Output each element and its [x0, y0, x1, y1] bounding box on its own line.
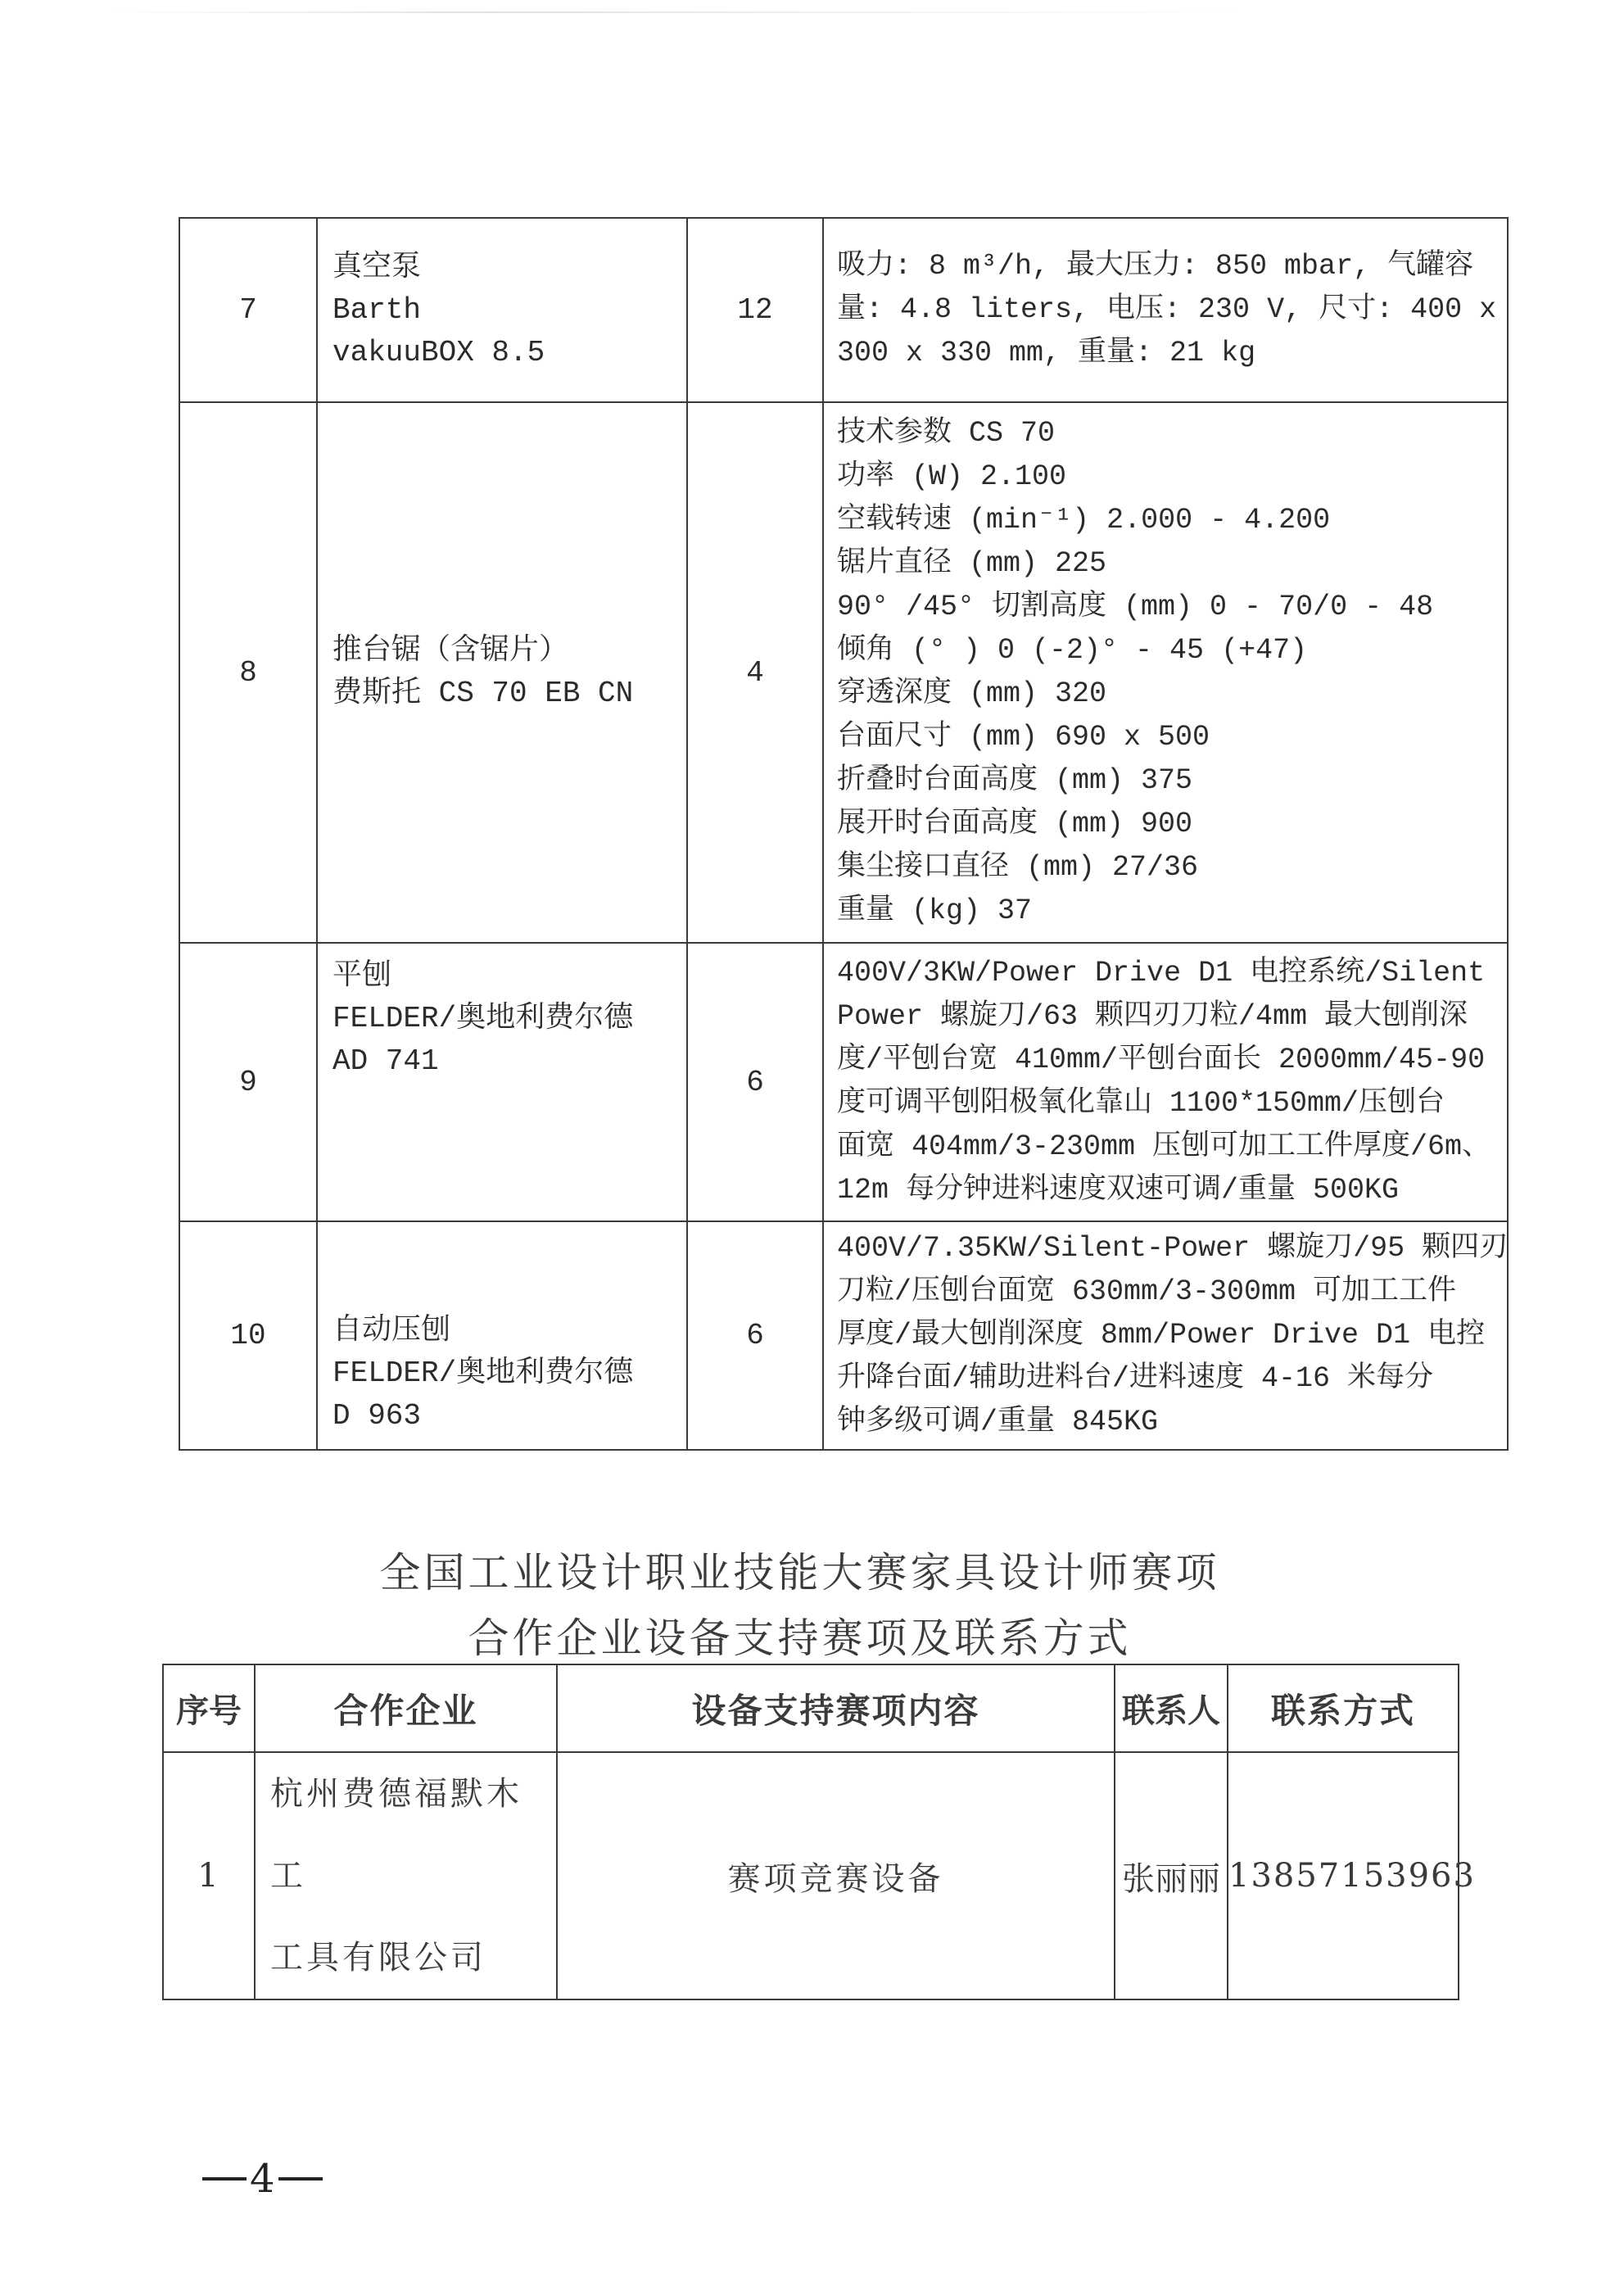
- spec-line: 锯片直径 (mm) 225: [837, 542, 1495, 586]
- partner-phone: 13857153963: [1228, 1752, 1459, 1999]
- header-company: 合作企业: [255, 1664, 557, 1752]
- equipment-name-line: vakuuBOX 8.5: [332, 332, 686, 374]
- spec-line: 折叠时台面高度 (mm) 375: [837, 759, 1495, 803]
- table-row: 10 自动压刨 FELDER/奥地利费尔德 D 963 6 400V/7.35K…: [179, 1221, 1508, 1450]
- spec-line: 穿透深度 (mm) 320: [837, 672, 1495, 716]
- equipment-quantity: 6: [687, 943, 823, 1221]
- partner-contact-table: 序号 合作企业 设备支持赛项内容 联系人 联系方式 1 杭州费德福默木工 工具有…: [162, 1664, 1459, 2000]
- row-number: 8: [179, 402, 317, 943]
- spec-line: 90° /45° 切割高度 (mm) 0 - 70/0 - 48: [837, 586, 1495, 629]
- scan-edge-artifact: [106, 11, 1253, 13]
- equipment-name: 真空泵 Barth vakuuBOX 8.5: [317, 218, 687, 402]
- header-no: 序号: [163, 1664, 255, 1752]
- section-title-line-1: 全国工业设计职业技能大赛家具设计师赛项: [0, 1540, 1612, 1599]
- spec-line: 空载转速 (min⁻¹) 2.000 - 4.200: [837, 499, 1495, 542]
- partner-company-line: 工具有限公司: [270, 1917, 556, 1999]
- partner-company-line: 杭州费德福默木工: [270, 1753, 556, 1917]
- equipment-spec: 吸力: 8 m³/h, 最大压力: 850 mbar, 气罐容 量: 4.8 l…: [823, 218, 1508, 402]
- spec-line: 度/平刨台宽 410mm/平刨台面长 2000mm/45-90: [837, 1039, 1495, 1082]
- spec-line: 12m 每分钟进料速度双速可调/重量 500KG: [837, 1169, 1495, 1212]
- equipment-spec: 400V/3KW/Power Drive D1 电控系统/Silent Powe…: [823, 943, 1508, 1221]
- equipment-quantity: 6: [687, 1221, 823, 1450]
- equipment-quantity: 12: [687, 218, 823, 402]
- table-row: 8 推台锯（含锯片） 费斯托 CS 70 EB CN 4 技术参数 CS 70 …: [179, 402, 1508, 943]
- equipment-quantity: 4: [687, 402, 823, 943]
- header-content: 设备支持赛项内容: [557, 1664, 1115, 1752]
- partner-row-number: 1: [163, 1752, 255, 1999]
- spec-line: 度可调平刨阳极氧化靠山 1100*150mm/压刨台: [837, 1082, 1495, 1125]
- equipment-name-line: Barth: [332, 289, 686, 332]
- row-number: 7: [179, 218, 317, 402]
- spec-line: 升降台面/辅助进料台/进料速度 4-16 米每分: [837, 1357, 1495, 1401]
- equipment-name-line: 自动压刨: [332, 1310, 686, 1352]
- page-number-value: 4: [250, 2156, 275, 2202]
- spec-line: 300 x 330 mm, 重量: 21 kg: [837, 332, 1495, 375]
- spec-line: 刀粒/压刨台面宽 630mm/3-300mm 可加工工件: [837, 1270, 1495, 1314]
- table-row: 9 平刨 FELDER/奥地利费尔德 AD 741 6 400V/3KW/Pow…: [179, 943, 1508, 1221]
- spec-line: 重量 (kg) 37: [837, 890, 1495, 933]
- spec-line: 吸力: 8 m³/h, 最大压力: 850 mbar, 气罐容: [837, 245, 1495, 288]
- header-contact: 联系人: [1115, 1664, 1228, 1752]
- equipment-name: 自动压刨 FELDER/奥地利费尔德 D 963: [317, 1221, 687, 1450]
- equipment-name: 推台锯（含锯片） 费斯托 CS 70 EB CN: [317, 402, 687, 943]
- table-row: 7 真空泵 Barth vakuuBOX 8.5 12 吸力: 8 m³/h, …: [179, 218, 1508, 402]
- row-number: 9: [179, 943, 317, 1221]
- row-number: 10: [179, 1221, 317, 1450]
- page-number: 4: [199, 2156, 326, 2202]
- partner-contact-person: 张丽丽: [1115, 1752, 1228, 1999]
- spec-line: 厚度/最大刨削深度 8mm/Power Drive D1 电控: [837, 1314, 1495, 1357]
- equipment-name-line: 费斯托 CS 70 EB CN: [332, 672, 686, 715]
- equipment-spec: 技术参数 CS 70 功率 (W) 2.100 空载转速 (min⁻¹) 2.0…: [823, 402, 1508, 943]
- equipment-name-line: FELDER/奥地利费尔德: [332, 998, 686, 1040]
- partner-company: 杭州费德福默木工 工具有限公司: [255, 1752, 557, 1999]
- spec-line: 面宽 404mm/3-230mm 压刨可加工工件厚度/6m、: [837, 1125, 1495, 1169]
- equipment-name-line: 平刨: [332, 955, 686, 998]
- header-phone: 联系方式: [1228, 1664, 1459, 1752]
- spec-line: 台面尺寸 (mm) 690 x 500: [837, 716, 1495, 759]
- spec-line: Power 螺旋刀/63 颗四刃刀粒/4mm 最大刨削深: [837, 995, 1495, 1039]
- spec-line: 400V/7.35KW/Silent-Power 螺旋刀/95 颗四刃: [837, 1227, 1495, 1270]
- spec-line: 技术参数 CS 70: [837, 412, 1495, 455]
- partner-support-content: 赛项竞赛设备: [557, 1752, 1115, 1999]
- equipment-spec-table: 7 真空泵 Barth vakuuBOX 8.5 12 吸力: 8 m³/h, …: [179, 217, 1509, 1451]
- equipment-name-line: 真空泵: [332, 247, 686, 289]
- table-header-row: 序号 合作企业 设备支持赛项内容 联系人 联系方式: [163, 1664, 1459, 1752]
- spec-line: 量: 4.8 liters, 电压: 230 V, 尺寸: 400 x: [837, 288, 1495, 332]
- equipment-name: 平刨 FELDER/奥地利费尔德 AD 741: [317, 943, 687, 1221]
- page-number-dash-right: [278, 2177, 323, 2181]
- page-number-dash-left: [202, 2177, 247, 2181]
- spec-line: 集尘接口直径 (mm) 27/36: [837, 846, 1495, 890]
- equipment-name-line: AD 741: [332, 1040, 686, 1083]
- equipment-spec: 400V/7.35KW/Silent-Power 螺旋刀/95 颗四刃 刀粒/压…: [823, 1221, 1508, 1450]
- section-title-line-2: 合作企业设备支持赛项及联系方式: [0, 1605, 1612, 1664]
- equipment-name-line: D 963: [332, 1395, 686, 1438]
- table-row: 1 杭州费德福默木工 工具有限公司 赛项竞赛设备 张丽丽 13857153963: [163, 1752, 1459, 1999]
- equipment-name-line: 推台锯（含锯片）: [332, 630, 686, 672]
- spec-line: 钟多级可调/重量 845KG: [837, 1401, 1495, 1444]
- equipment-name-line: FELDER/奥地利费尔德: [332, 1352, 686, 1395]
- spec-line: 400V/3KW/Power Drive D1 电控系统/Silent: [837, 952, 1495, 995]
- spec-line: 展开时台面高度 (mm) 900: [837, 803, 1495, 846]
- spec-line: 倾角 (° ) 0 (-2)° - 45 (+47): [837, 629, 1495, 672]
- spec-line: 功率 (W) 2.100: [837, 455, 1495, 499]
